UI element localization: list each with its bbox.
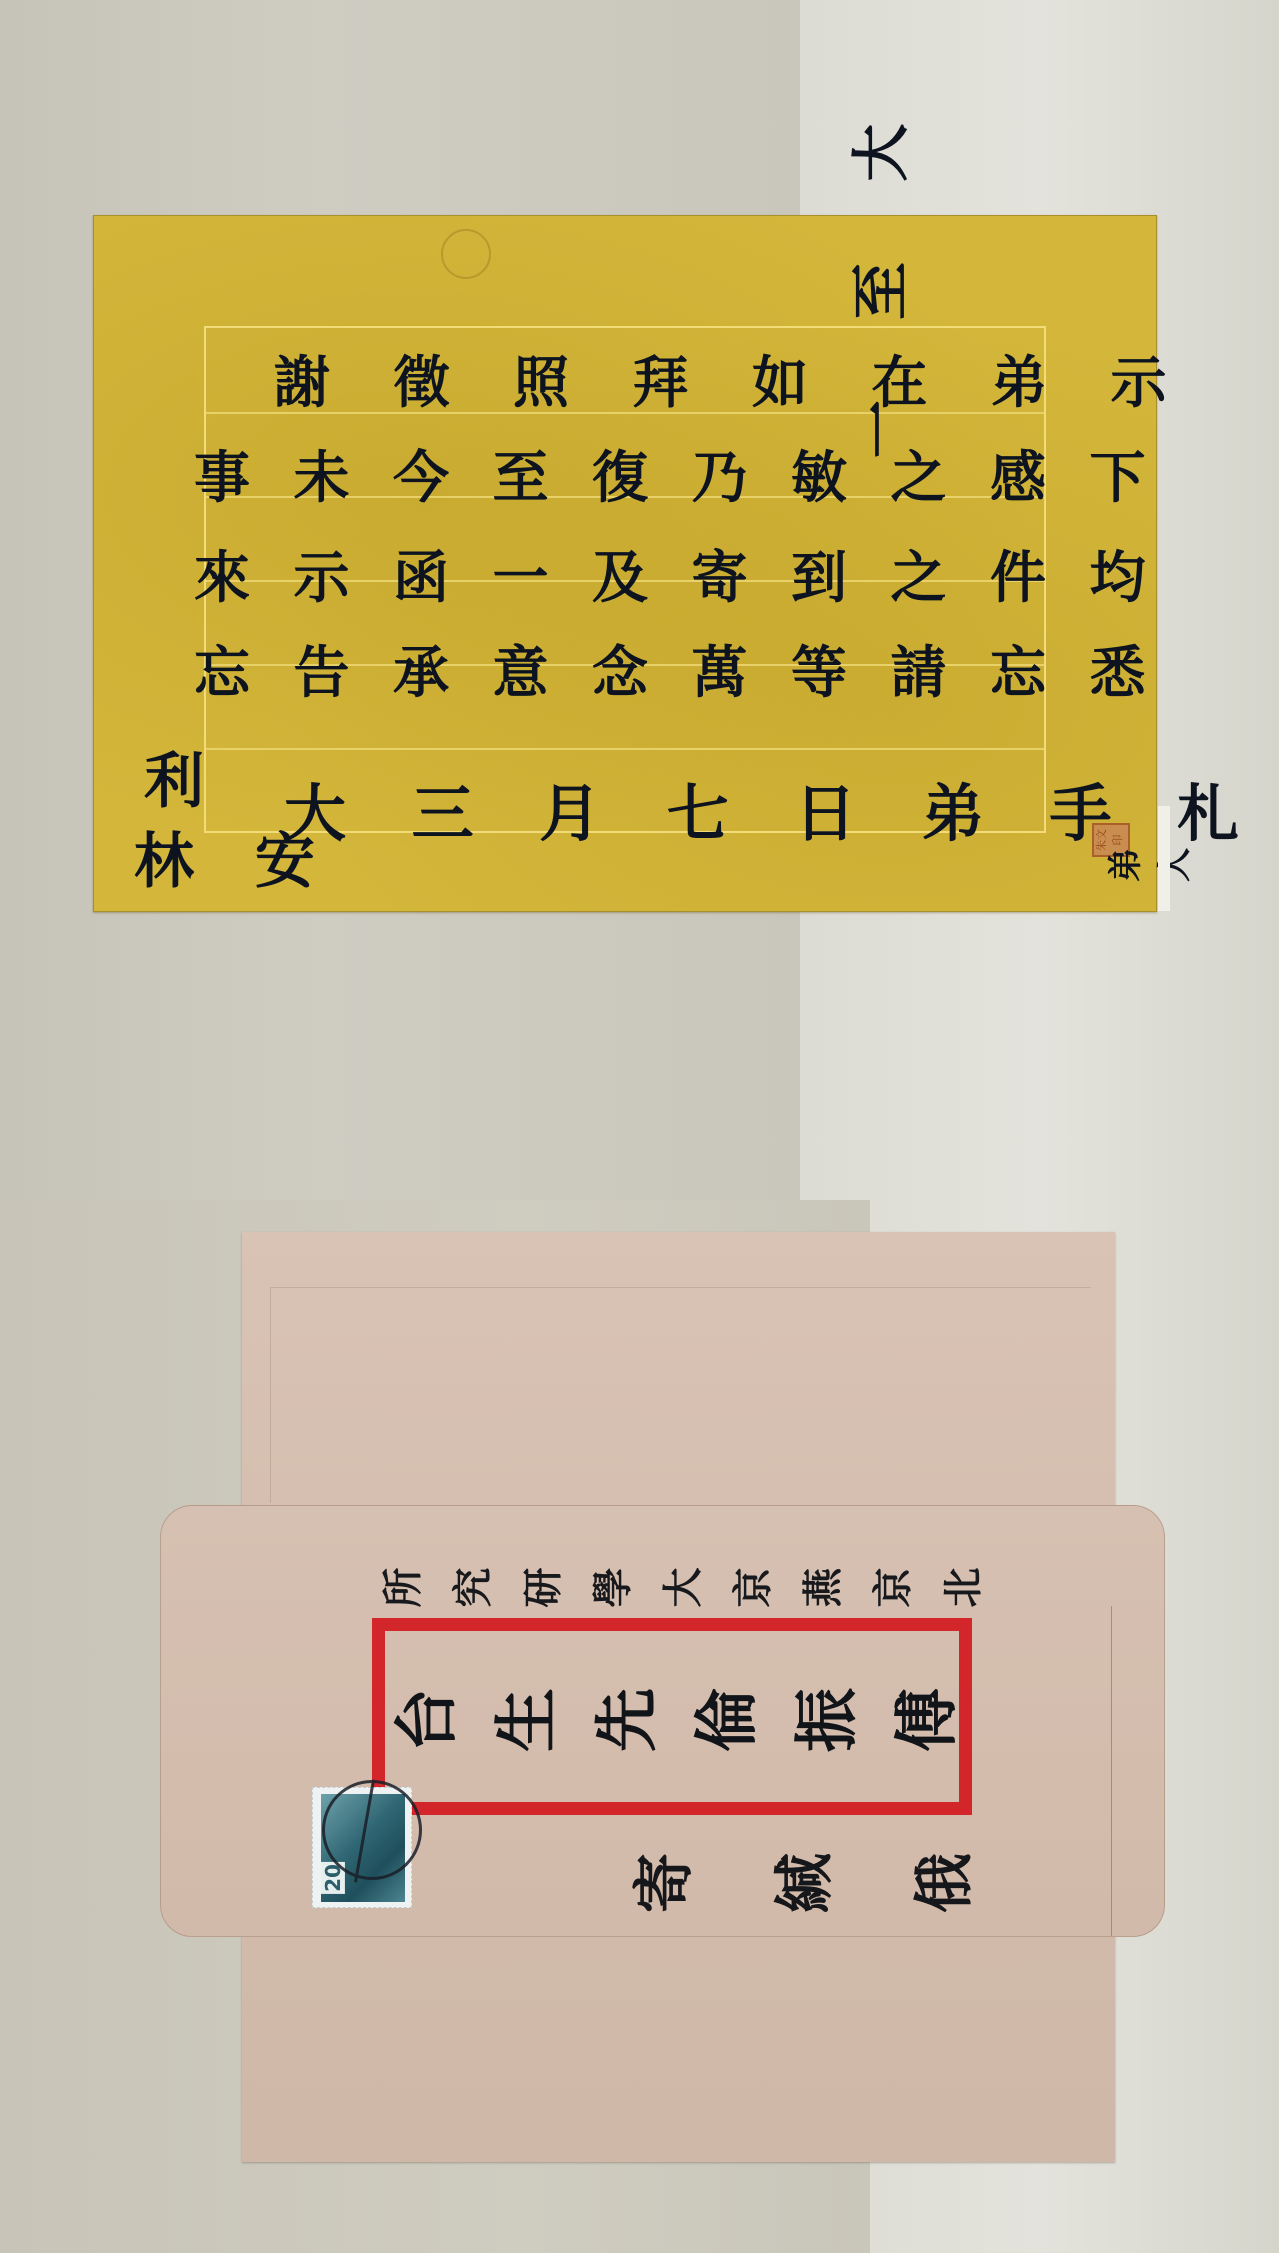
letter-row-2: 謝 徵 照 拜 如 在 弟 示: [274, 339, 1124, 419]
postmark-icon: [322, 1780, 422, 1880]
letter-row-1: 一 至 大: [694, 234, 1076, 318]
envelope-fold-line: [1111, 1606, 1112, 1936]
letter-row-6: 大 三 月 七 日 弟 手 札: [284, 764, 1124, 853]
envelope-address: 北 京 燕 京 大 學 研 究 所: [380, 1552, 980, 1622]
signature: 弟 大: [1098, 848, 1196, 882]
envelope-back-panel: [270, 1287, 1091, 1503]
envelope-recipient: 傅 振 倫 先 生 台: [372, 1660, 972, 1780]
letter-closing-1: 利: [144, 734, 204, 820]
letter-row-4: 來 示 函 一 及 寄 到 之 件 均: [194, 534, 1124, 614]
calligraphy-letter: 一 至 大 謝 徵 照 拜 如 在 弟 示 事 未 今 至 復 乃 敏 之 感 …: [93, 215, 1157, 912]
letter-row-5: 忘 告 承 意 念 萬 等 請 忘 悉: [194, 629, 1124, 709]
letter-backing-strip: [1158, 806, 1170, 911]
letter-row-3: 事 未 今 至 復 乃 敏 之 感 下: [194, 434, 1124, 514]
letter-body: 一 至 大 謝 徵 照 拜 如 在 弟 示 事 未 今 至 復 乃 敏 之 感 …: [134, 234, 1124, 874]
envelope-sender: 俄 緘 寄: [590, 1838, 1010, 1928]
letter-closing-2: 林 安: [134, 814, 335, 900]
